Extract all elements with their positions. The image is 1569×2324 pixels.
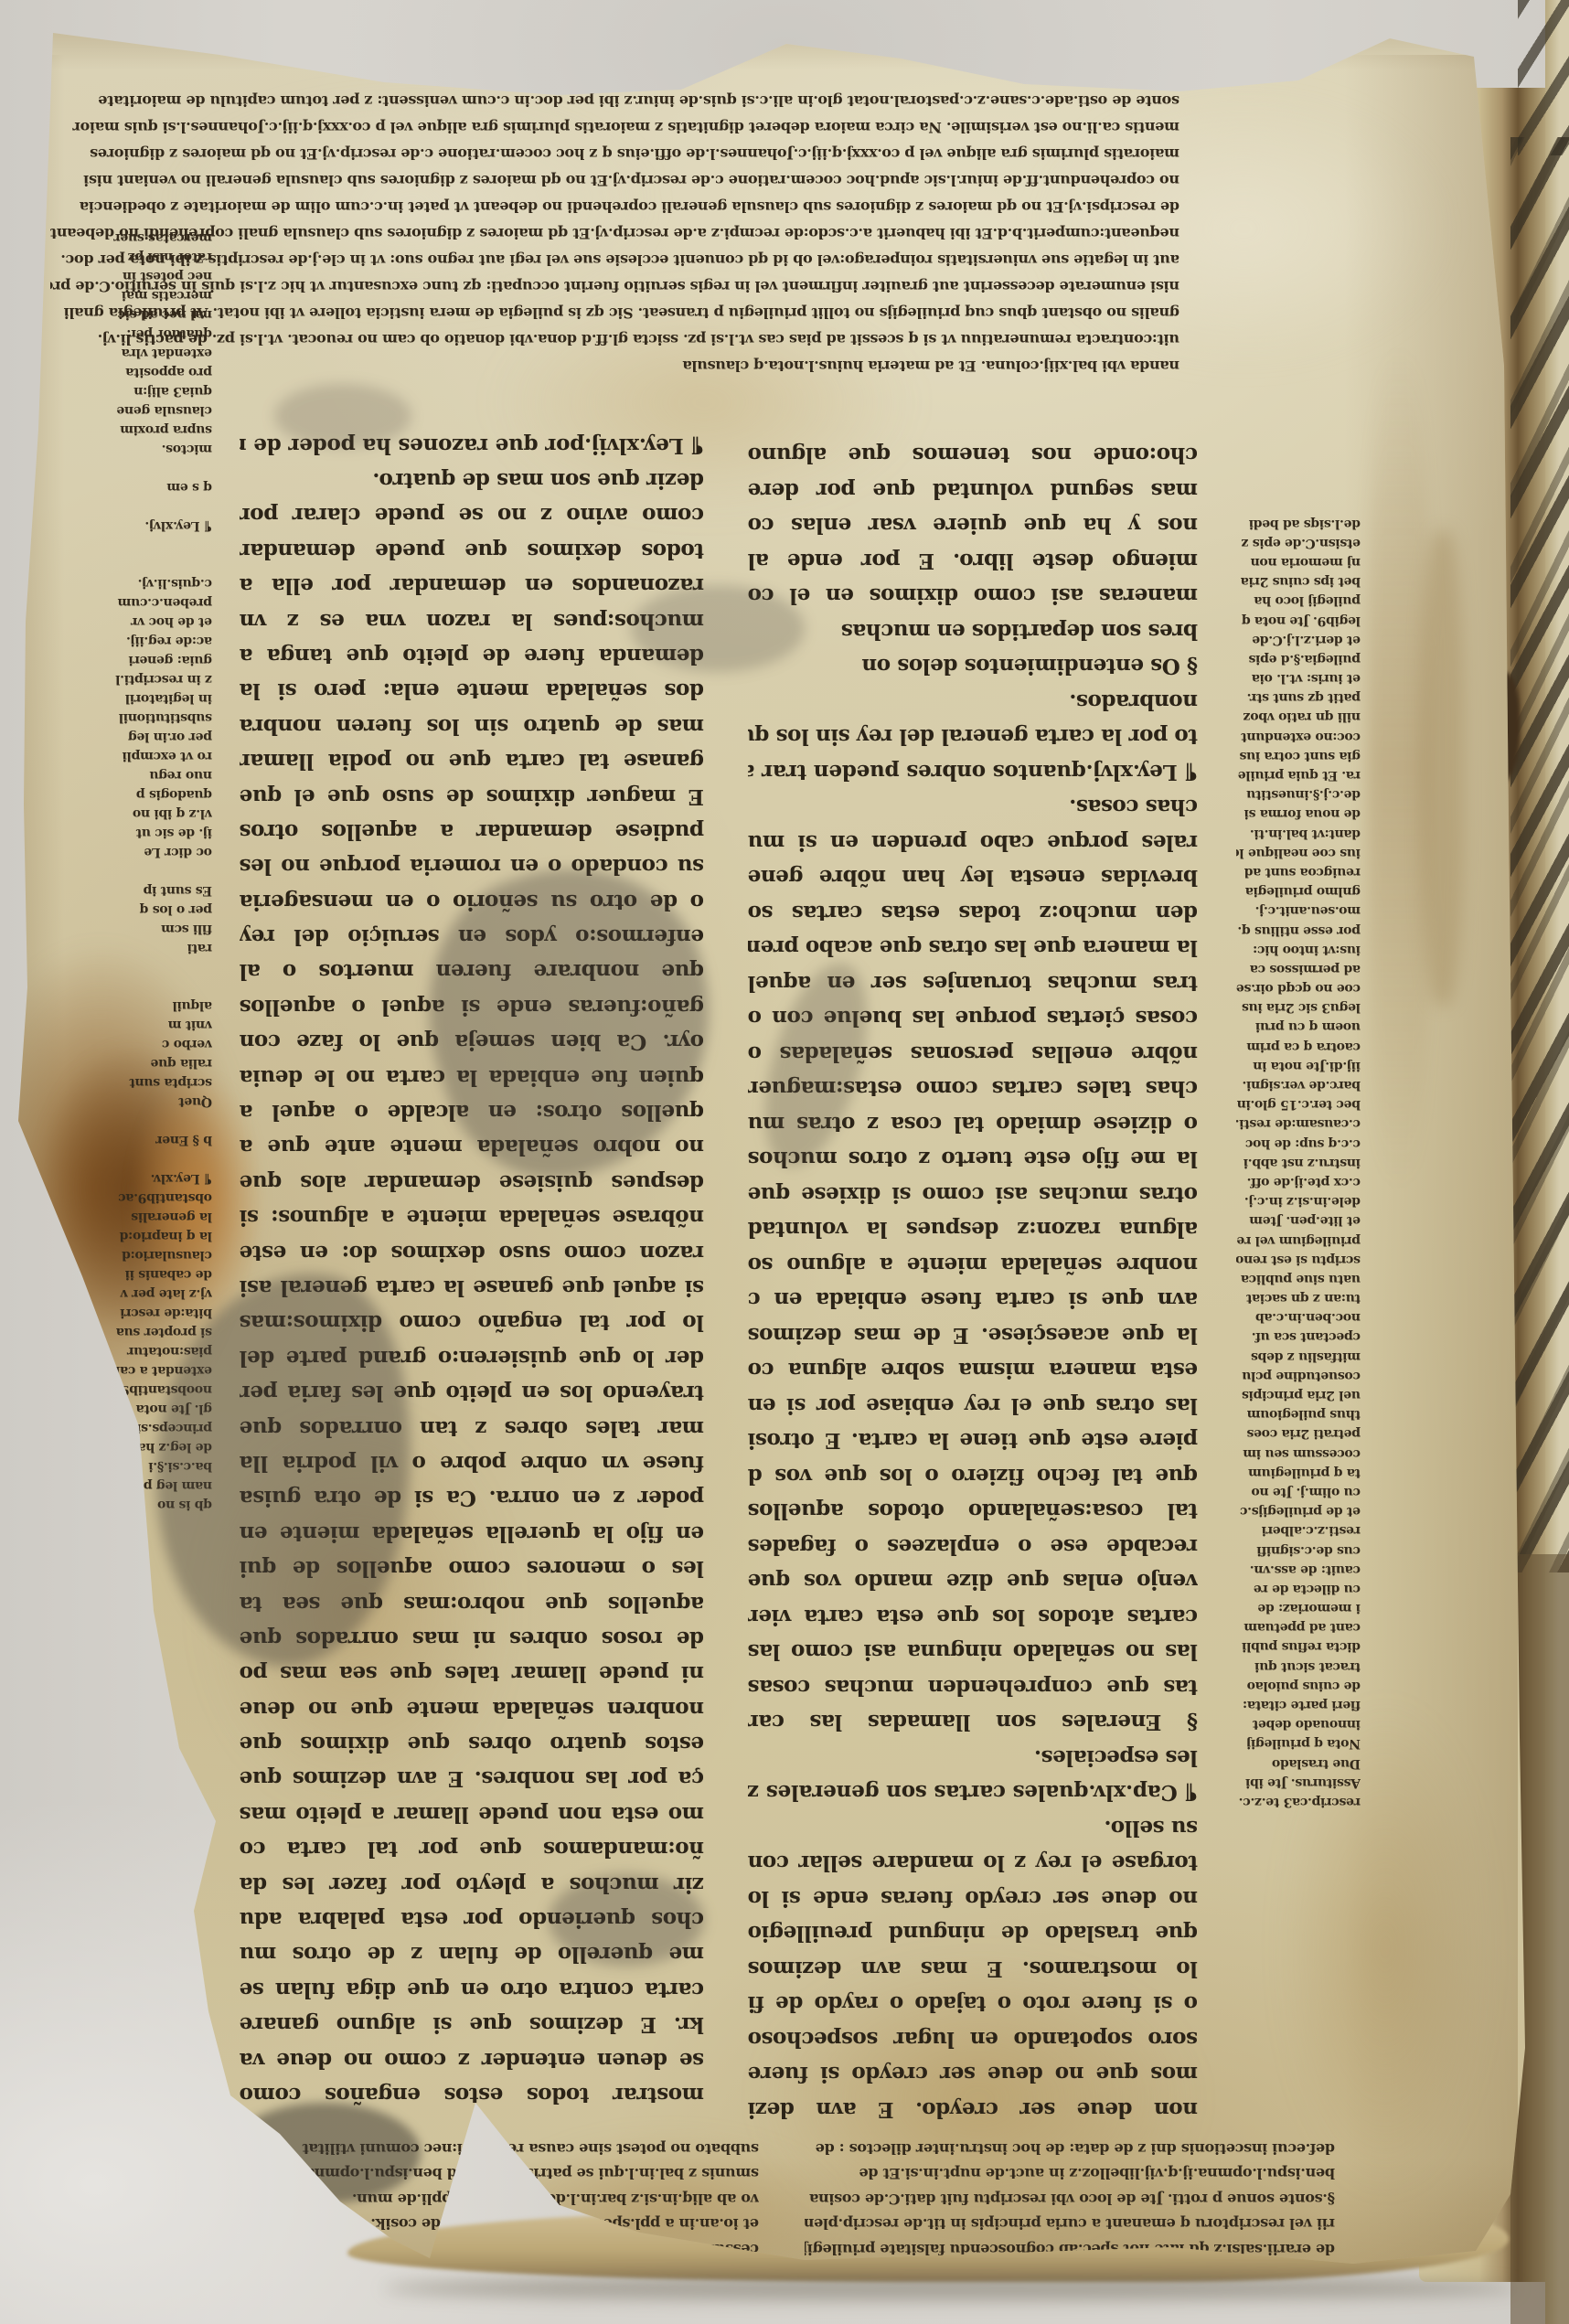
ink-smudge <box>274 384 411 448</box>
ink-smudge <box>549 1874 704 1966</box>
right-text-column: non deue ser creydo. E avn dezimos que n… <box>748 437 1198 2127</box>
manuscript-page: nanda vbi bal.xiij.coluna. Et ad materia… <box>0 0 1569 2324</box>
ink-smudge <box>631 585 805 672</box>
bottom-commentary-right: de erarii.salsi.z qd late not spec.ab co… <box>805 2136 1335 2262</box>
adjacent-page-slanted-text <box>1510 137 1569 1572</box>
book-shadow <box>384 2276 1518 2300</box>
left-text-column: mostrar todos estos engaños comose deuen… <box>240 428 704 2112</box>
right-margin-gloss: rescrip.ca3 te.z.c.Assiturus. Jte ibiDue… <box>1236 512 1361 2121</box>
photograph-of-manuscript-leaf: nanda vbi bal.xiij.coluna. Et ad materia… <box>0 0 1569 2324</box>
adjacent-page-corner-text <box>1518 0 1569 155</box>
top-commentary-block: nanda vbi bal.xiij.coluna. Et ad materia… <box>50 87 1179 379</box>
ink-smudge <box>229 2103 421 2203</box>
